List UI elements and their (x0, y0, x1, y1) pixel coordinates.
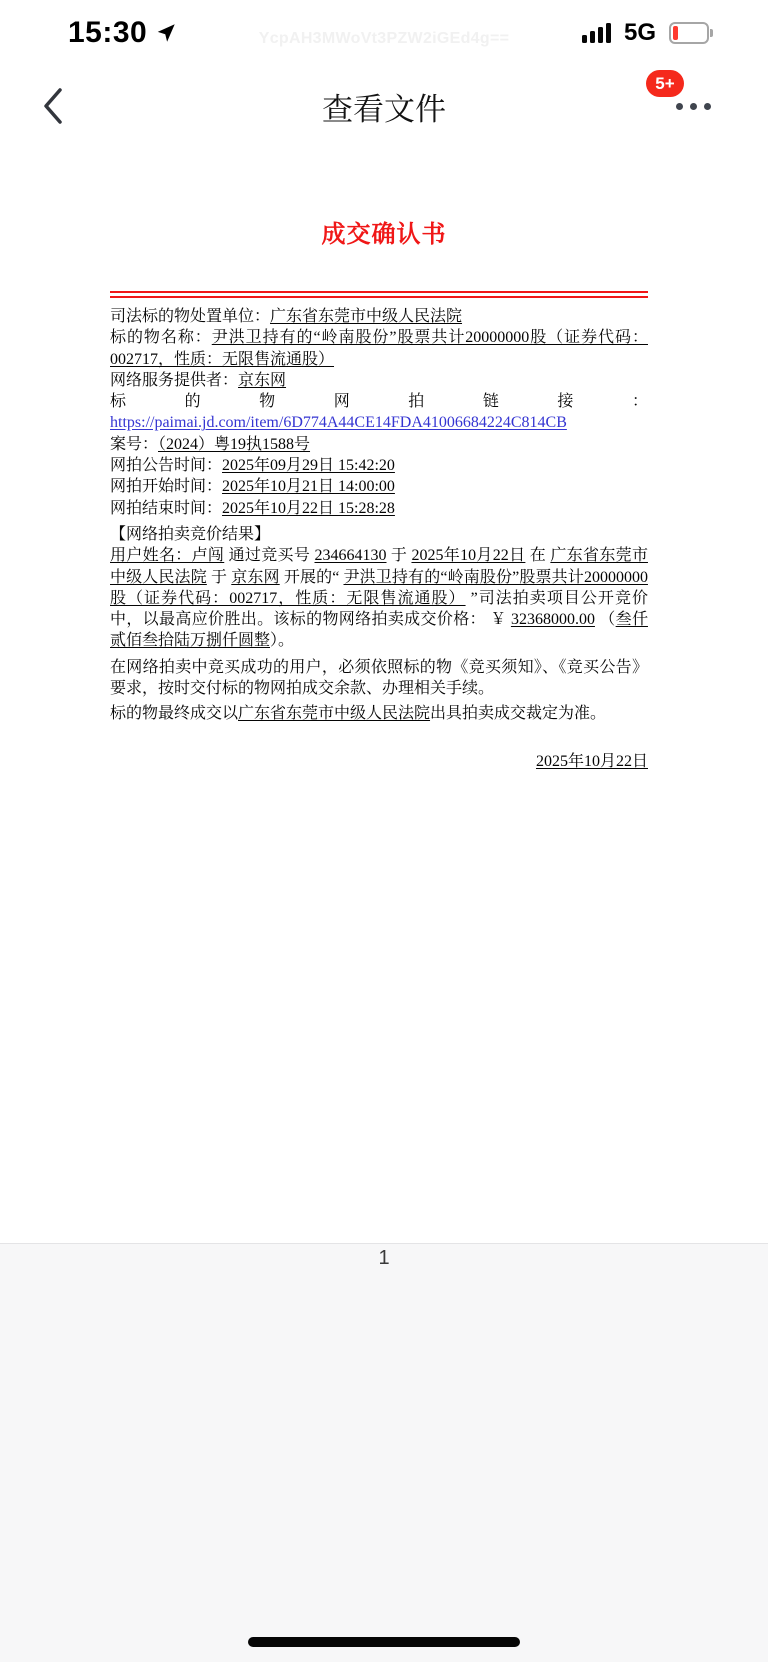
location-arrow-icon (155, 22, 177, 44)
document-title: 成交确认书 (0, 214, 768, 249)
more-menu-button[interactable]: 5+ (670, 86, 716, 126)
document-paragraph: 【网络拍卖竞价结果】 (110, 524, 648, 545)
pager-area: 1 (0, 1243, 768, 1662)
document-paragraph: 标的物名称：尹洪卫持有的“岭南股份”股票共计20000000股（证券代码：002… (110, 327, 648, 370)
page-number: 1 (0, 1247, 768, 1270)
document-paragraph: 网拍结束时间：2025年10月22日 15:28:28 (110, 498, 648, 519)
ellipsis-icon (676, 103, 683, 110)
nav-bar: 查看文件 5+ (0, 66, 768, 146)
network-type-label: 5G (624, 19, 656, 47)
document-paragraph: 网络服务提供者：京东网 (110, 370, 648, 391)
document-paragraph: 案号：（2024）粤19执1588号 (110, 434, 648, 455)
status-time: 15:30 (68, 16, 147, 50)
document-paragraph: 网拍开始时间：2025年10月21日 14:00:00 (110, 476, 648, 497)
document-paragraph: 2025年10月22日 (110, 751, 648, 772)
document-paragraph: 标的物网拍链接：https://paimai.jd.com/item/6D774… (110, 391, 648, 434)
document-paragraph: 用户姓名：卢闯 通过竞买号 234664130 于 2025年10月22日 在 … (110, 545, 648, 651)
auction-item-link[interactable]: https://paimai.jd.com/item/6D774A44CE14F… (110, 414, 567, 431)
cellular-signal-icon (582, 23, 611, 43)
document-body: 司法标的物处置单位：广东省东莞市中级人民法院标的物名称：尹洪卫持有的“岭南股份”… (110, 306, 648, 772)
document-paragraph: 司法标的物处置单位：广东省东莞市中级人民法院 (110, 306, 648, 327)
notification-badge: 5+ (646, 70, 684, 97)
document-paragraph: 网拍公告时间：2025年09月29日 15:42:20 (110, 455, 648, 476)
document-paragraph: 标的物最终成交以广东省东莞市中级人民法院出具拍卖成交裁定为准。 (110, 703, 648, 724)
document-paragraph: 在网络拍卖中竞买成功的用户，必须依照标的物《竞买须知》、《竞买公告》要求，按时交… (110, 657, 648, 700)
double-red-rule (110, 291, 648, 298)
battery-icon (669, 22, 713, 44)
document-view[interactable]: 成交确认书 司法标的物处置单位：广东省东莞市中级人民法院标的物名称：尹洪卫持有的… (0, 146, 768, 1243)
battery-level-fill (673, 26, 678, 40)
status-bar: 15:30 YcpAH3MWoVt3PZW2iGEd4g== 5G (0, 0, 768, 66)
home-indicator[interactable] (248, 1637, 520, 1647)
